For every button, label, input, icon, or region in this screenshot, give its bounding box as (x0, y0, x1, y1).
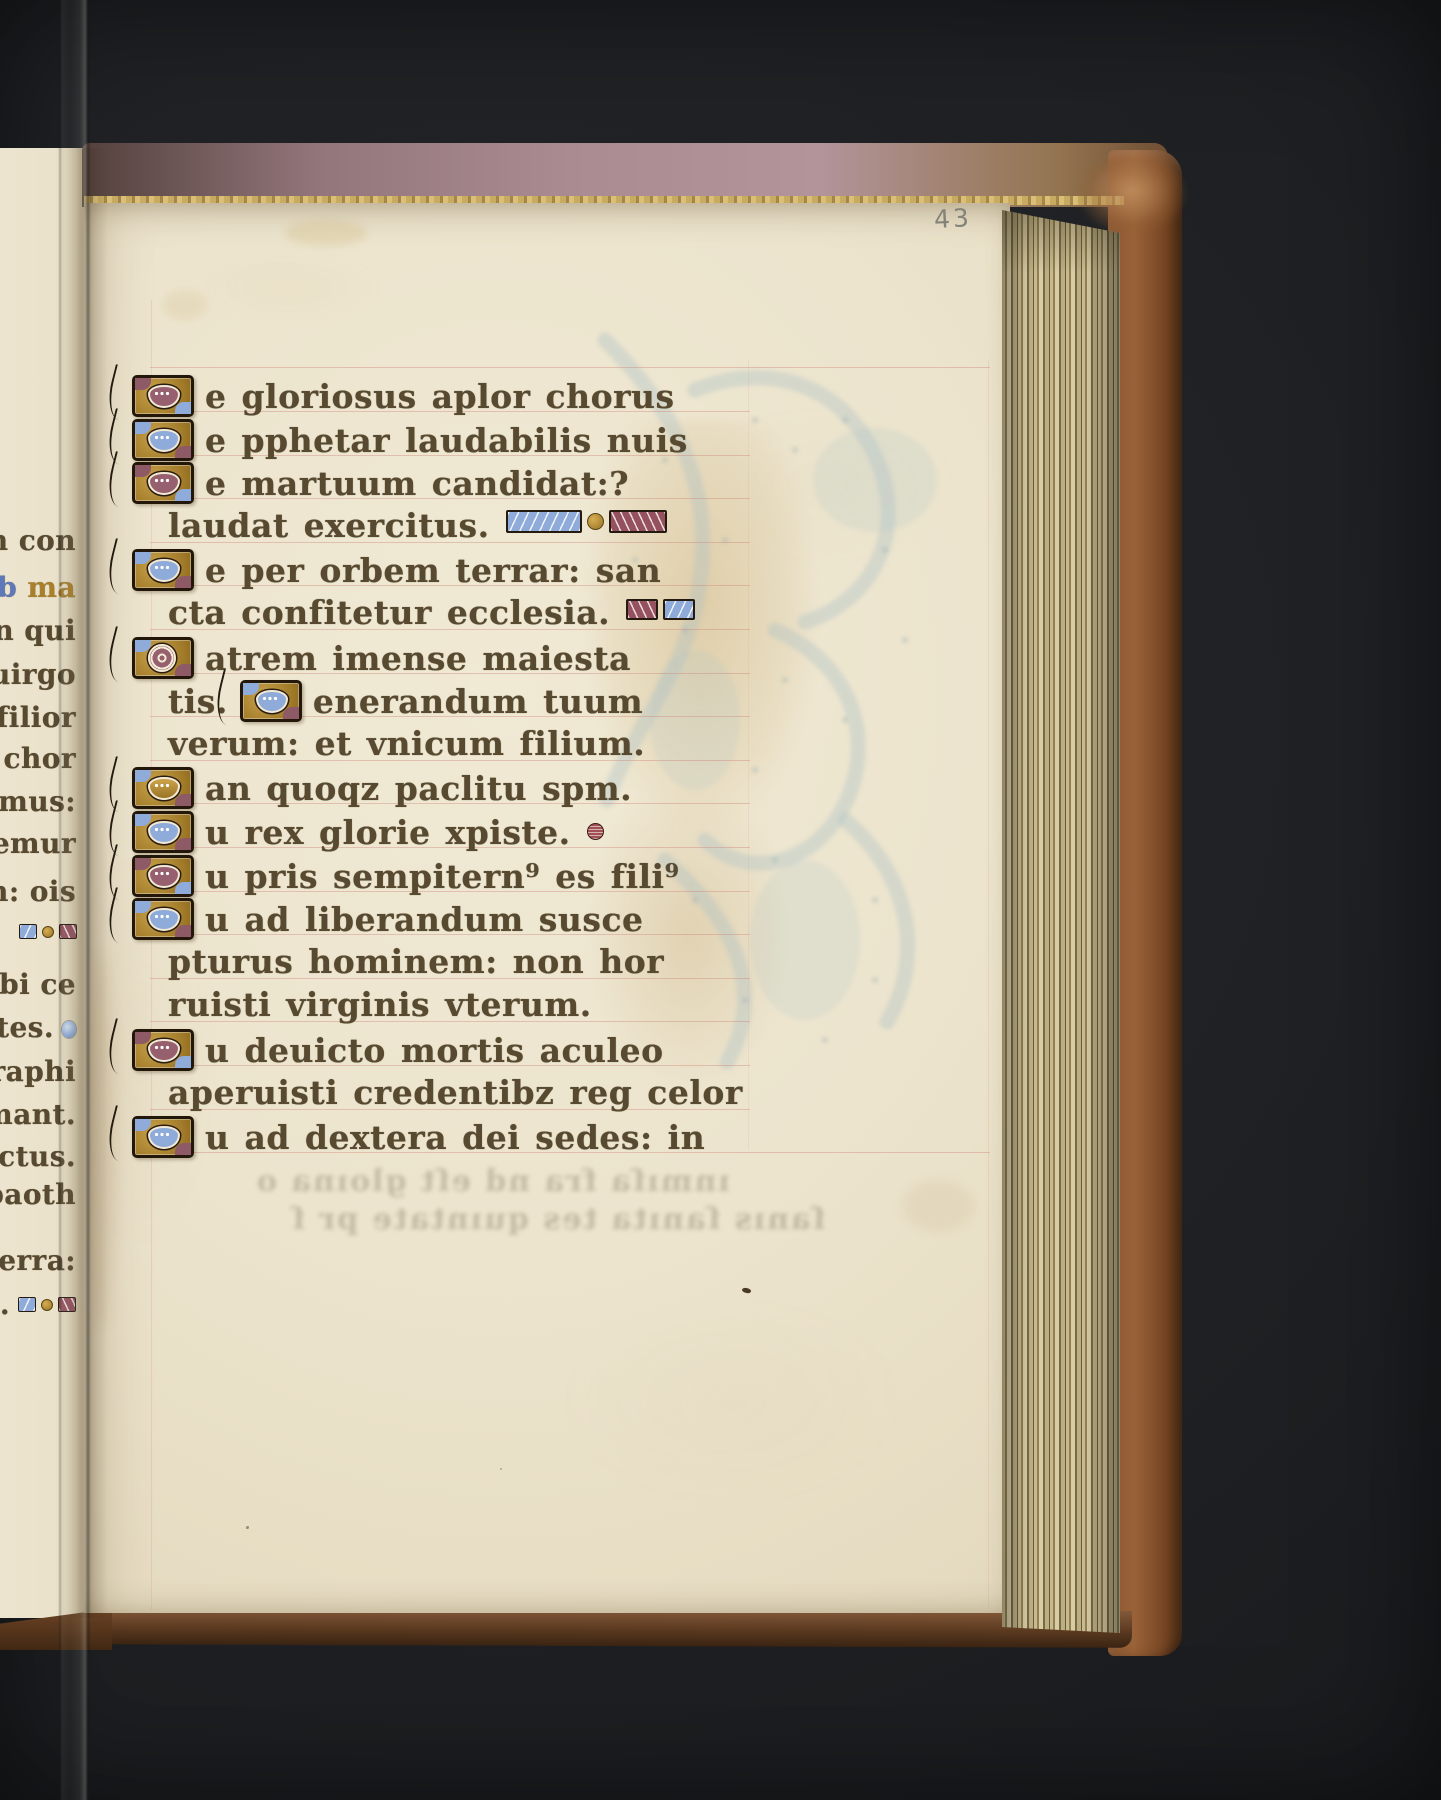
manuscript-text-line: tis.enerandum tuum (168, 680, 643, 722)
initial-corner-panel (175, 664, 191, 676)
initial-crescent (148, 865, 180, 888)
initial-crescent (148, 644, 176, 672)
initial-corner-panel (135, 1032, 151, 1044)
line-filler (19, 924, 77, 939)
initial-crescent (148, 559, 180, 582)
initial-corner-panel (135, 858, 151, 870)
initial-corner-panel (135, 378, 151, 390)
manuscript-text-line: u pris sempitern⁹ es fili⁹ (132, 855, 680, 897)
ink-speck (500, 1468, 502, 1470)
line-filler-segment (626, 599, 658, 620)
facing-page-text-column: num conn. b maeran quiest uirgoet filior… (0, 148, 79, 1618)
manuscript-text-line: aperuisti credentibz reg celor (168, 1073, 743, 1113)
line-filler-segment (58, 1297, 76, 1312)
manuscript-text-line: e per orbem terrar: san (132, 549, 661, 591)
facing-page-text-fragment: s ſabaoth (0, 1178, 76, 1212)
blue-ornament-dot (62, 1021, 76, 1038)
initial-crescent (148, 472, 180, 495)
leather-corner-highlight (1078, 156, 1186, 234)
line-text: laudat exercitus. (168, 506, 490, 545)
manuscript-text-line: u deuicto mortis aculeo (132, 1029, 664, 1071)
manuscript-text-line: u ad liberandum susce (132, 898, 644, 940)
ruling-line (150, 367, 990, 368)
initial-corner-panel (175, 576, 191, 588)
manuscript-text-line: an quoqz paclitu spm. (132, 767, 632, 809)
facing-page-text-fragment: dent chor (0, 742, 76, 776)
line-text: u pris sempitern⁹ es fili⁹ (205, 857, 680, 896)
initial-crescent (148, 429, 180, 452)
facing-page-text-fragment: rem: ois (0, 875, 76, 909)
facing-page-text-fragment: num con (0, 524, 76, 558)
manuscript-text-line: pturus hominem: non hor (168, 942, 664, 982)
initial-crescent (148, 908, 180, 931)
initial-crescent (148, 385, 180, 408)
illuminated-initial-t (132, 462, 194, 504)
facing-page-text-fragment: et filior (0, 701, 76, 735)
facing-page-text-fragment: fitemur (0, 827, 76, 861)
manuscript-text-line: u rex glorie xpiste. (132, 811, 604, 853)
initial-corner-panel (175, 446, 191, 458)
illuminated-initial-t (132, 898, 194, 940)
initial-corner-panel (135, 770, 151, 782)
manuscript-text-line: u ad dextera dei sedes: in (132, 1116, 705, 1158)
initial-crescent (148, 1126, 180, 1149)
line-filler (18, 1297, 76, 1312)
initial-corner-panel (175, 882, 191, 894)
line-filler-segment (41, 1299, 53, 1311)
facing-page-text-fragment: eran qui (0, 614, 76, 648)
initial-crescent (256, 690, 288, 713)
line-text: u rex glorie xpiste. (205, 813, 571, 852)
line-text: cta confitetur ecclesia. (168, 593, 610, 632)
manuscript-text-line: e gloriosus aplor chorus (132, 375, 675, 417)
illuminated-initial-v (240, 680, 302, 722)
line-filler-segment (42, 926, 54, 938)
initial-corner-panel (175, 794, 191, 806)
manuscript-text-line: ruisti virginis vterum. (168, 985, 592, 1025)
initial-corner-panel (175, 1143, 191, 1155)
illuminated-initial-t (132, 855, 194, 897)
facing-page-text-fragment: damus: (0, 785, 76, 819)
initial-corner-panel (135, 465, 151, 477)
line-filler (587, 823, 604, 840)
initial-corner-panel (283, 707, 299, 719)
line-filler-segment (18, 1297, 36, 1312)
initial-corner-panel (135, 814, 151, 826)
initial-crescent (148, 1039, 180, 1062)
fragment-part: b (0, 571, 27, 604)
facing-page-text-fragment: n. b ma (0, 571, 76, 605)
initial-corner-panel (135, 552, 151, 564)
line-filler-segment (587, 823, 604, 840)
ruling-line-vertical (988, 360, 989, 1610)
manuscript-text-line: e pphetar laudabilis nuis (132, 419, 688, 461)
facing-page-text-fragment: amant. (0, 1098, 76, 1132)
line-filler (626, 599, 695, 620)
initial-corner-panel (243, 683, 259, 695)
line-text: pturus hominem: non hor (168, 942, 664, 981)
initial-corner-panel (175, 402, 191, 414)
line-filler-segment (59, 924, 77, 939)
line-filler (506, 510, 667, 533)
initial-corner-panel (175, 838, 191, 850)
initial-crescent (148, 777, 180, 800)
line-text: an quoqz paclitu spm. (205, 769, 632, 808)
initial-corner-panel (135, 422, 151, 434)
fragment-part: ma (27, 571, 76, 604)
line-text: u deuicto mortis aculeo (205, 1031, 664, 1070)
initial-corner-panel (135, 1119, 151, 1131)
line-text: u ad liberandum susce (205, 900, 644, 939)
line-filler-segment (663, 599, 695, 620)
showthrough-line: ſanıs ſanıta tes quıntate pr ſ (290, 1202, 825, 1237)
line-text: u ad dextera dei sedes: in (205, 1118, 705, 1157)
illuminated-initial-t (132, 419, 194, 461)
initial-corner-panel (175, 489, 191, 501)
line-text: e pphetar laudabilis nuis (205, 421, 688, 460)
illuminated-initial-t (132, 811, 194, 853)
manuscript-photo: num conn. b maeran quiest uirgoet filior… (0, 0, 1441, 1800)
facing-page-text-fragment: geli tibi ce (0, 968, 76, 1002)
facing-page-text-fragment: nctus. (0, 1140, 76, 1174)
illuminated-initial-t (132, 1116, 194, 1158)
line-text: verum: et vnicum filium. (168, 724, 645, 763)
line-filler-segment (609, 510, 667, 533)
manuscript-text-line: cta confitetur ecclesia. (168, 593, 695, 633)
facing-page-text-fragment: ſeraphi (0, 1055, 76, 1089)
line-text: e gloriosus aplor chorus (205, 377, 675, 416)
initial-corner-panel (175, 1056, 191, 1068)
illuminated-initial-t (132, 549, 194, 591)
line-text: atrem imense maiesta (205, 639, 631, 678)
facing-page-text-fragment: ates. (0, 1011, 76, 1045)
ruling-line-vertical (748, 360, 749, 1150)
initial-corner-panel (135, 901, 151, 913)
line-filler-segment (587, 513, 604, 530)
manuscript-text-line: verum: et vnicum filium. (168, 724, 645, 764)
line-filler-segment (506, 510, 582, 533)
initial-crescent (148, 821, 180, 844)
fore-edge-page-stack (1002, 203, 1120, 1637)
manuscript-text-line: e martuum candidat:? (132, 462, 629, 504)
initial-corner-panel (135, 640, 151, 652)
illuminated-initial-p (132, 637, 194, 679)
facing-page-text-fragment: t terra: (0, 1244, 76, 1278)
leather-cover-bottom (86, 1607, 1132, 1648)
manuscript-text-line: atrem imense maiesta (132, 637, 631, 679)
folio-number: 43 (933, 203, 972, 234)
line-text: aperuisti credentibz reg celor (168, 1073, 743, 1112)
initial-corner-panel (175, 925, 191, 937)
illuminated-initial-t (132, 375, 194, 417)
line-filler-segment (19, 924, 37, 939)
manuscript-text-line: laudat exercitus. (168, 506, 667, 546)
illuminated-initial-t (132, 1029, 194, 1071)
illuminated-initial-s (132, 767, 194, 809)
facing-page-text-fragment: est uirgo (0, 658, 76, 692)
line-text: e martuum candidat:? (205, 464, 629, 503)
line-text: enerandum tuum (313, 682, 643, 721)
line-text: e per orbem terrar: san (205, 551, 661, 590)
line-text: ruisti virginis vterum. (168, 985, 592, 1024)
showthrough-line: ınmıſa fra nd eſt gloına o (255, 1164, 730, 1199)
facing-page-text-fragment: ue. (0, 1288, 76, 1322)
